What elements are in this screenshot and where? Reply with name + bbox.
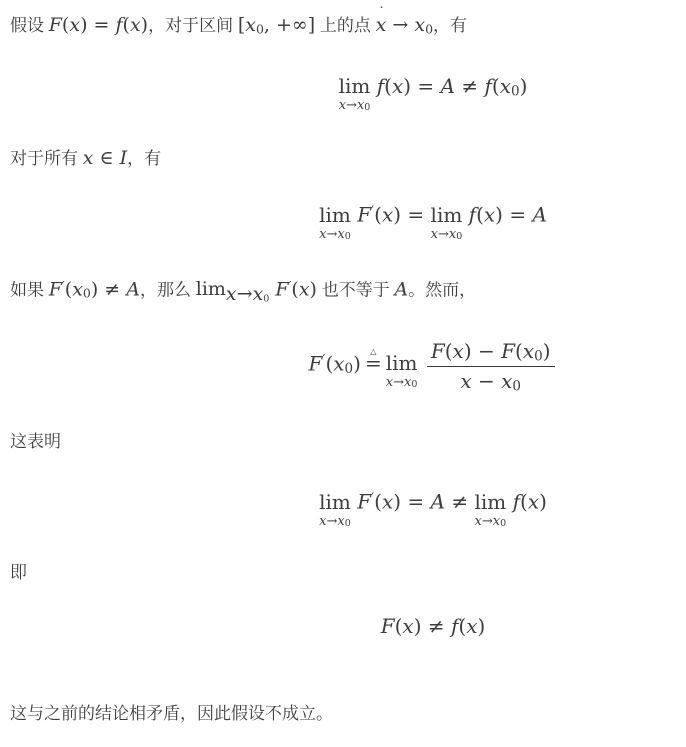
document-body: 假设 F(x) = f(x)，对于区间 [x0, +∞] 上的点 ˙x → x0… [0,0,686,727]
paragraph-for-all-x-in-I: 对于所有 x ∈ I，有 [0,145,686,172]
paragraph-namely: 即 [0,560,686,586]
paragraph-if-Fprime-neq-A: 如果 F′(x0) ≠ A，那么 limx→x0 F′(x) 也不等于 A。然而… [0,273,686,313]
equation-lim-Fprime-neq-lim-f: limx→x0 F′(x) = A ≠ limx→x0 f(x) [0,487,686,528]
paragraph-this-shows: 这表明 [0,429,686,455]
equation-lim-Fprime-eq-lim-f: limx→x0 F′(x) = limx→x0 f(x) = A [0,200,686,241]
equation-derivative-definition: F′(x0)△=limx→x0 F(x) − F(x0)x − x0 [0,339,686,395]
paragraph-conclusion: 这与之前的结论相矛盾，因此假设不成立。 [0,701,686,727]
equation-lim-f-neq-fx0: limx→x0 f(x) = A ≠ f(x0) [0,74,686,113]
paragraph-hypothesis: 假设 F(x) = f(x)，对于区间 [x0, +∞] 上的点 ˙x → x0… [0,12,686,42]
equation-F-neq-f: F(x) ≠ f(x) [0,614,686,639]
